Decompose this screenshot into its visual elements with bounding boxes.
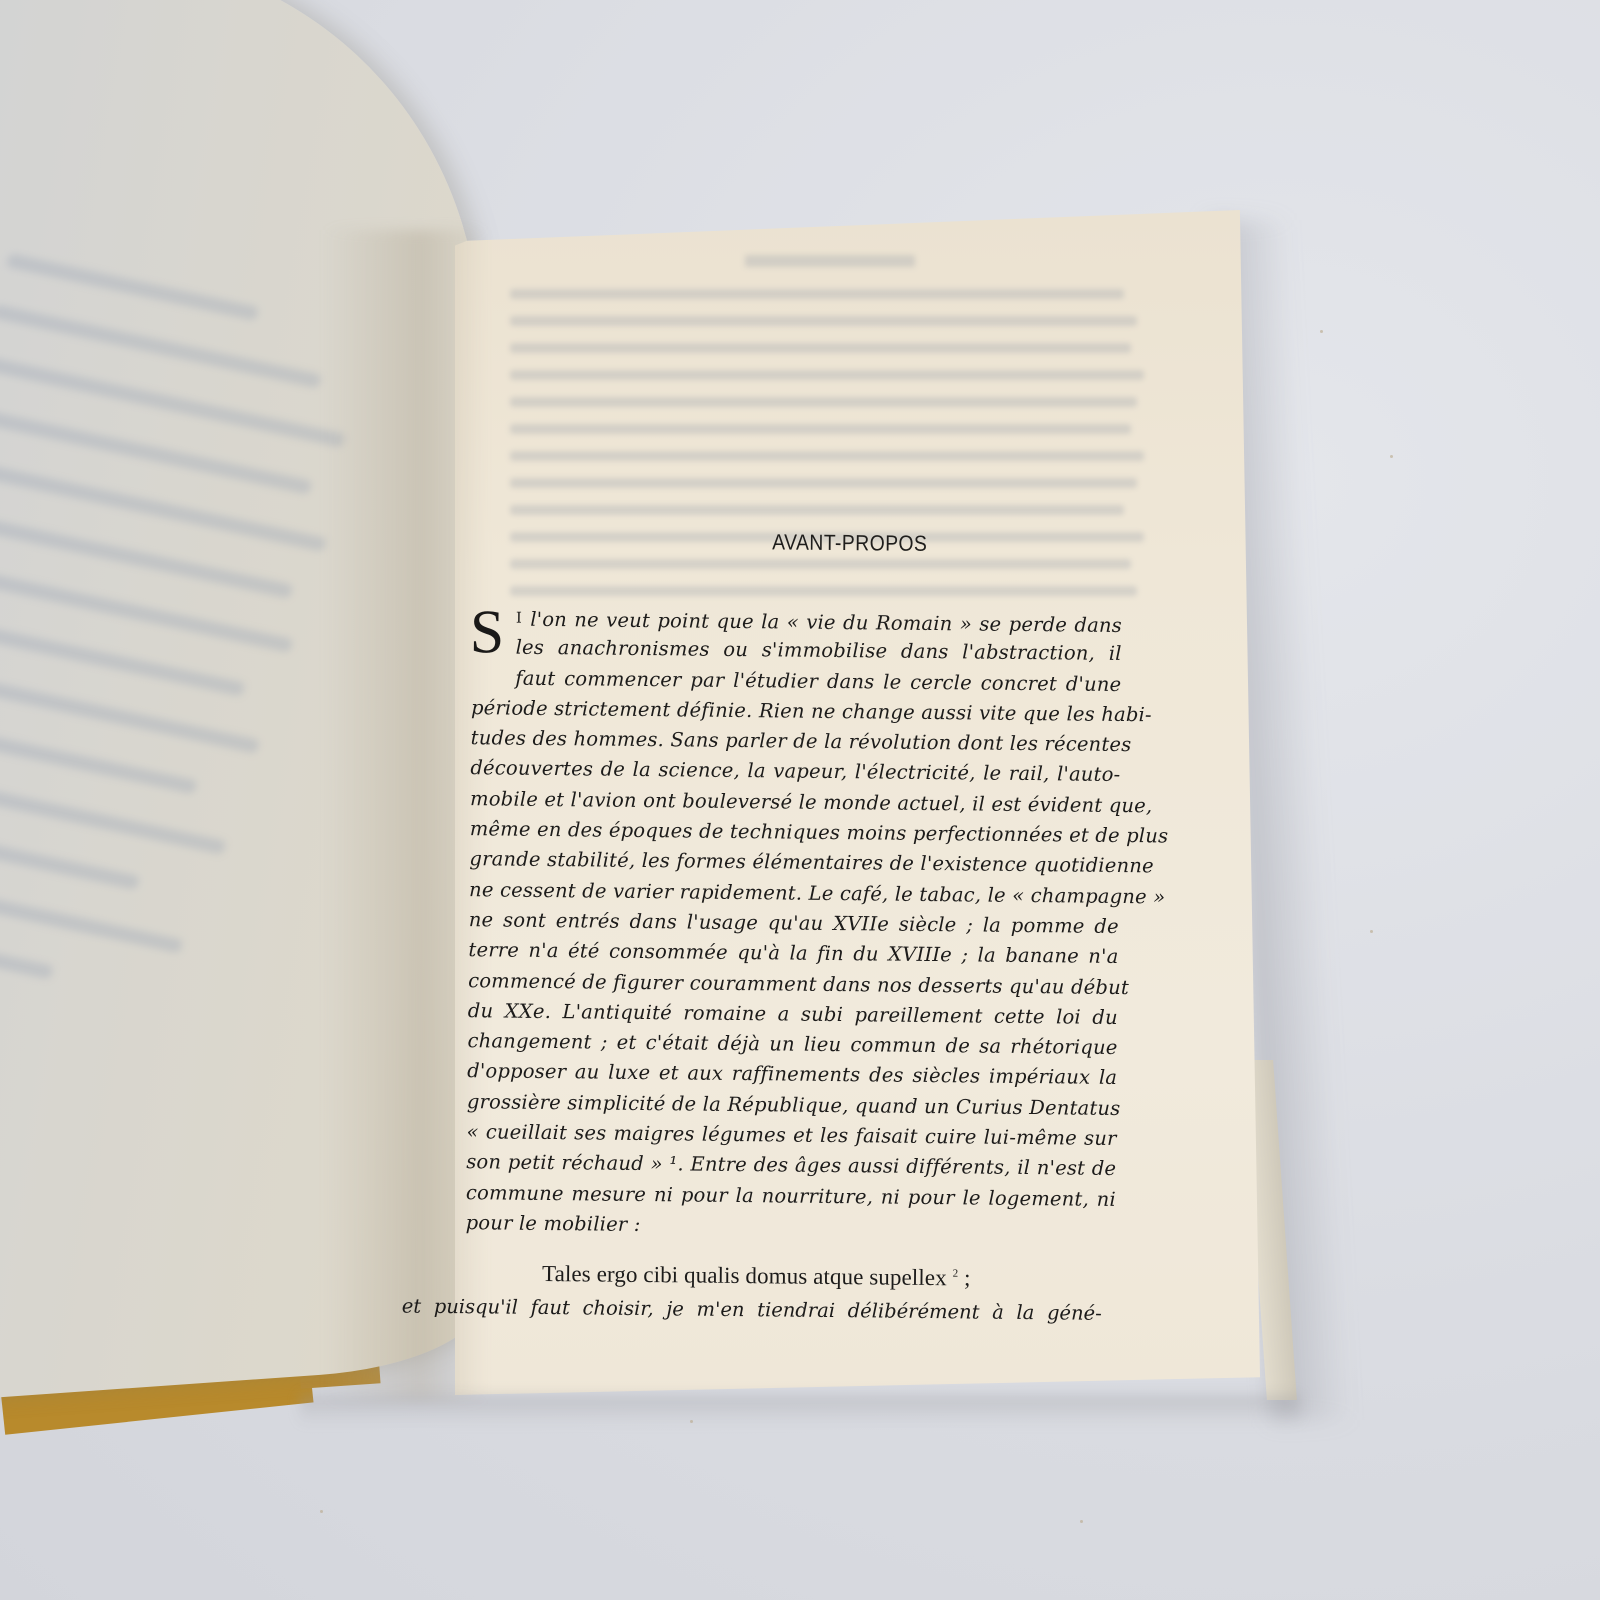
page-text-block: AVANT-PROPOS S I l'on ne veut point que … (447, 520, 1245, 1330)
surface-speck (1390, 455, 1393, 458)
drop-cap: S (470, 604, 505, 660)
quotation-text: Tales ergo cibi qualis domus atque supel… (542, 1261, 947, 1290)
drop-cap-rest: I (516, 609, 523, 627)
surface-speck (1080, 1520, 1083, 1523)
surface-speck (320, 1510, 323, 1513)
surface-speck (1320, 330, 1323, 333)
quotation-end: ; (958, 1266, 971, 1291)
line-text: l'on ne veut point que la « vie du Romai… (530, 608, 1122, 637)
main-paragraph: S I l'on ne veut point que la « vie du R… (465, 602, 1122, 1245)
chapter-title: AVANT-PROPOS (502, 526, 1197, 559)
surface-speck (690, 1420, 693, 1423)
page-bottom-shadow (300, 1395, 1300, 1425)
surface-speck (1370, 930, 1373, 933)
latin-quotation: Tales ergo cibi qualis domus atque supel… (542, 1261, 1237, 1294)
